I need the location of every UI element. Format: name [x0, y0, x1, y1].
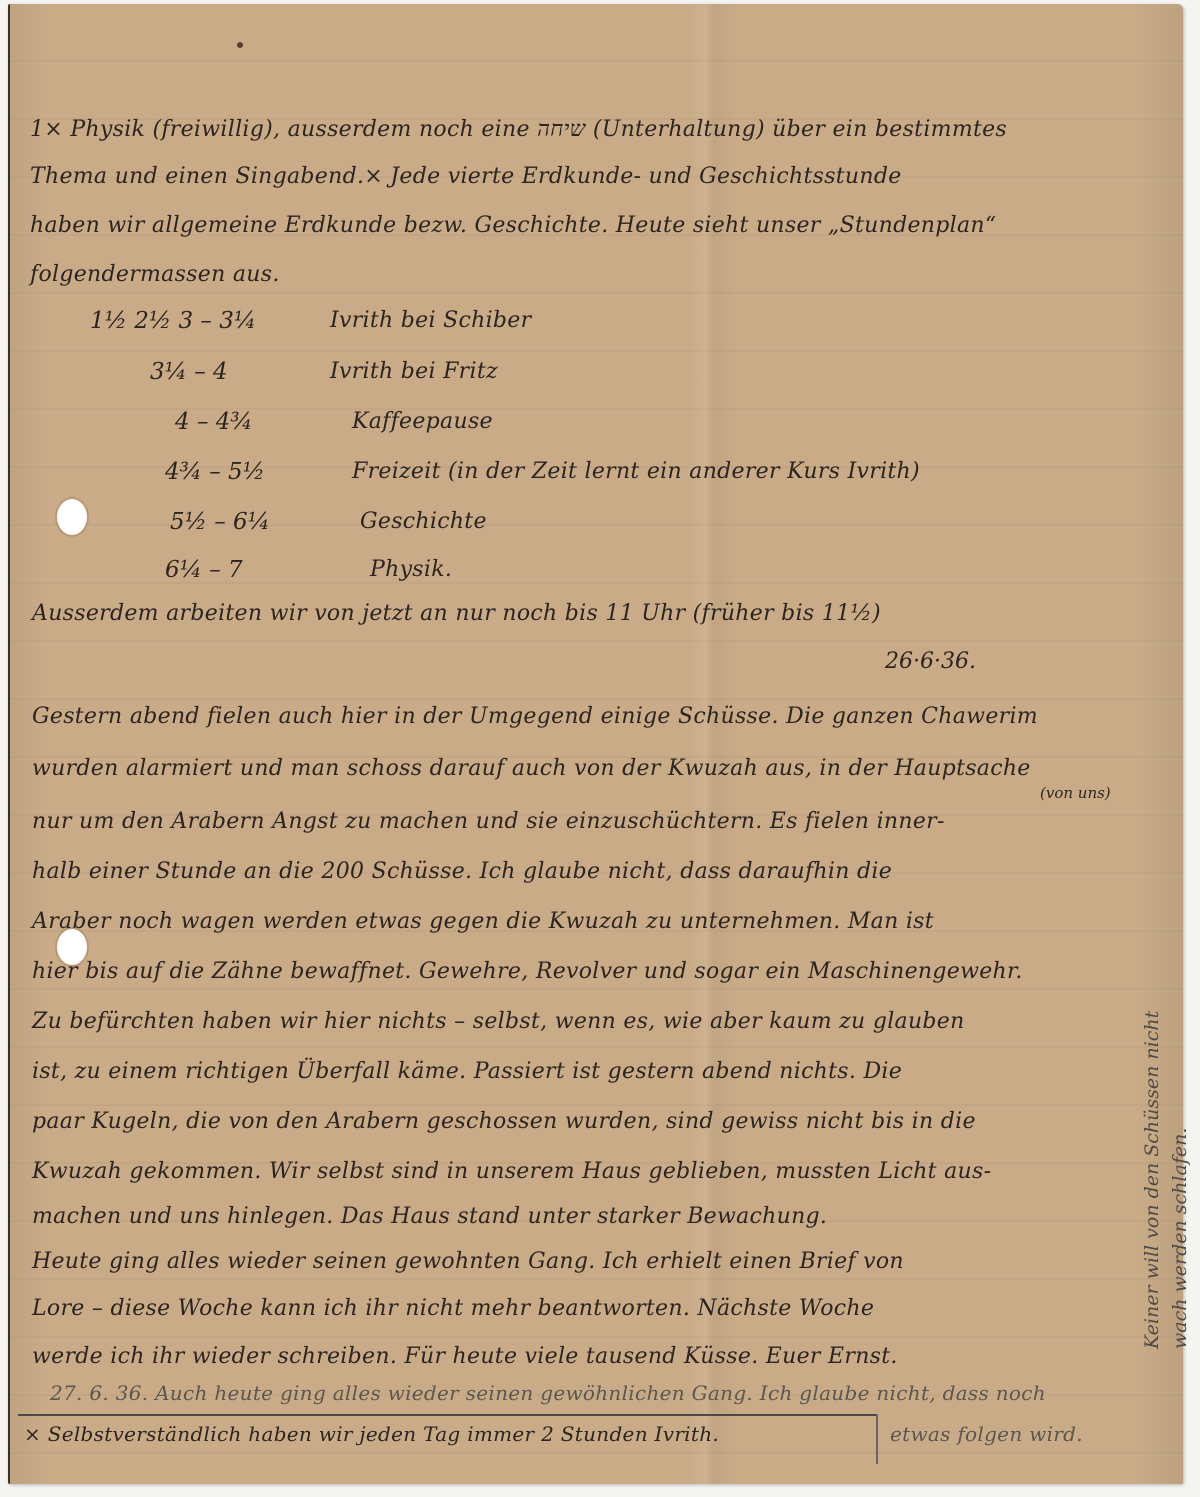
schedule-activity: Freizeit (in der Zeit lernt ein anderer …	[352, 459, 920, 484]
entry-line: Zu befürchten haben wir hier nichts – se…	[32, 1009, 965, 1034]
schedule-activity: Physik.	[370, 557, 452, 582]
intro-line-3: haben wir allgemeine Erdkunde bezw. Gesc…	[30, 213, 996, 238]
schedule-time: 3¼ – 4	[150, 359, 228, 385]
letter-page: 1× Physik (freiwillig), ausserdem noch e…	[8, 4, 1183, 1484]
ink-spot	[237, 42, 243, 48]
schedule-activity: Geschichte	[360, 509, 487, 534]
entry-2-line: 27. 6. 36. Auch heute ging alles wieder …	[50, 1381, 1046, 1405]
entry-line: werde ich ihr wieder schreiben. Für heut…	[32, 1344, 898, 1369]
schedule-time: 4¾ – 5½	[165, 459, 265, 485]
schedule-time: 5½ – 6¼	[170, 509, 270, 535]
punch-hole-upper	[57, 499, 87, 535]
schedule-time: 1½ 2½ 3 – 3¼	[90, 308, 256, 334]
interlinear-insert: (von uns)	[1040, 784, 1111, 802]
footnote-line: × Selbstverständlich haben wir jeden Tag…	[24, 1422, 719, 1446]
intro-line-4: folgendermassen aus.	[30, 262, 280, 287]
entry-line: Kwuzah gekommen. Wir selbst sind in unse…	[32, 1159, 991, 1184]
intro-line-1: 1× Physik (freiwillig), ausserdem noch e…	[30, 116, 1007, 142]
schedule-activity: Ivrith bei Schiber	[330, 308, 531, 333]
entry-line: Lore – diese Woche kann ich ihr nicht me…	[32, 1296, 874, 1321]
margin-note: Keiner will von den Schüssen nicht wach …	[1138, 1011, 1194, 1349]
entry-line: Araber noch wagen werden etwas gegen die…	[32, 909, 934, 934]
intro-line-2: Thema und einen Singabend.× Jede vierte …	[30, 164, 902, 189]
entry-line: nur um den Arabern Angst zu machen und s…	[32, 809, 945, 834]
entry-line: paar Kugeln, die von den Arabern geschos…	[32, 1109, 976, 1134]
pencil-bracket	[876, 1414, 878, 1464]
schedule-activity: Kaffeepause	[352, 409, 493, 434]
footnote-divider	[18, 1414, 876, 1416]
schedule-time: 6¼ – 7	[165, 557, 243, 583]
entry-line: hier bis auf die Zähne bewaffnet. Gewehr…	[32, 959, 1023, 984]
after-schedule-line: Ausserdem arbeiten wir von jetzt an nur …	[32, 601, 881, 626]
entry-date: 26·6·36.	[885, 649, 976, 674]
entry-line: machen und uns hinlegen. Das Haus stand …	[32, 1204, 827, 1229]
entry-2-continuation: etwas folgen wird.	[890, 1422, 1083, 1446]
margin-note-line: Keiner will von den Schüssen nicht	[1138, 1011, 1166, 1349]
entry-line: halb einer Stunde an die 200 Schüsse. Ic…	[32, 859, 892, 884]
entry-line: wurden alarmiert und man schoss darauf a…	[32, 756, 1031, 781]
schedule-time: 4 – 4¾	[175, 409, 253, 435]
margin-note-line: wach werden schlafen.	[1166, 1011, 1194, 1349]
schedule-activity: Ivrith bei Fritz	[330, 359, 498, 384]
entry-line: Gestern abend fielen auch hier in der Um…	[32, 704, 1038, 729]
entry-line: Heute ging alles wieder seinen gewohnten…	[32, 1249, 904, 1274]
entry-line: ist, zu einem richtigen Überfall käme. P…	[32, 1059, 902, 1084]
